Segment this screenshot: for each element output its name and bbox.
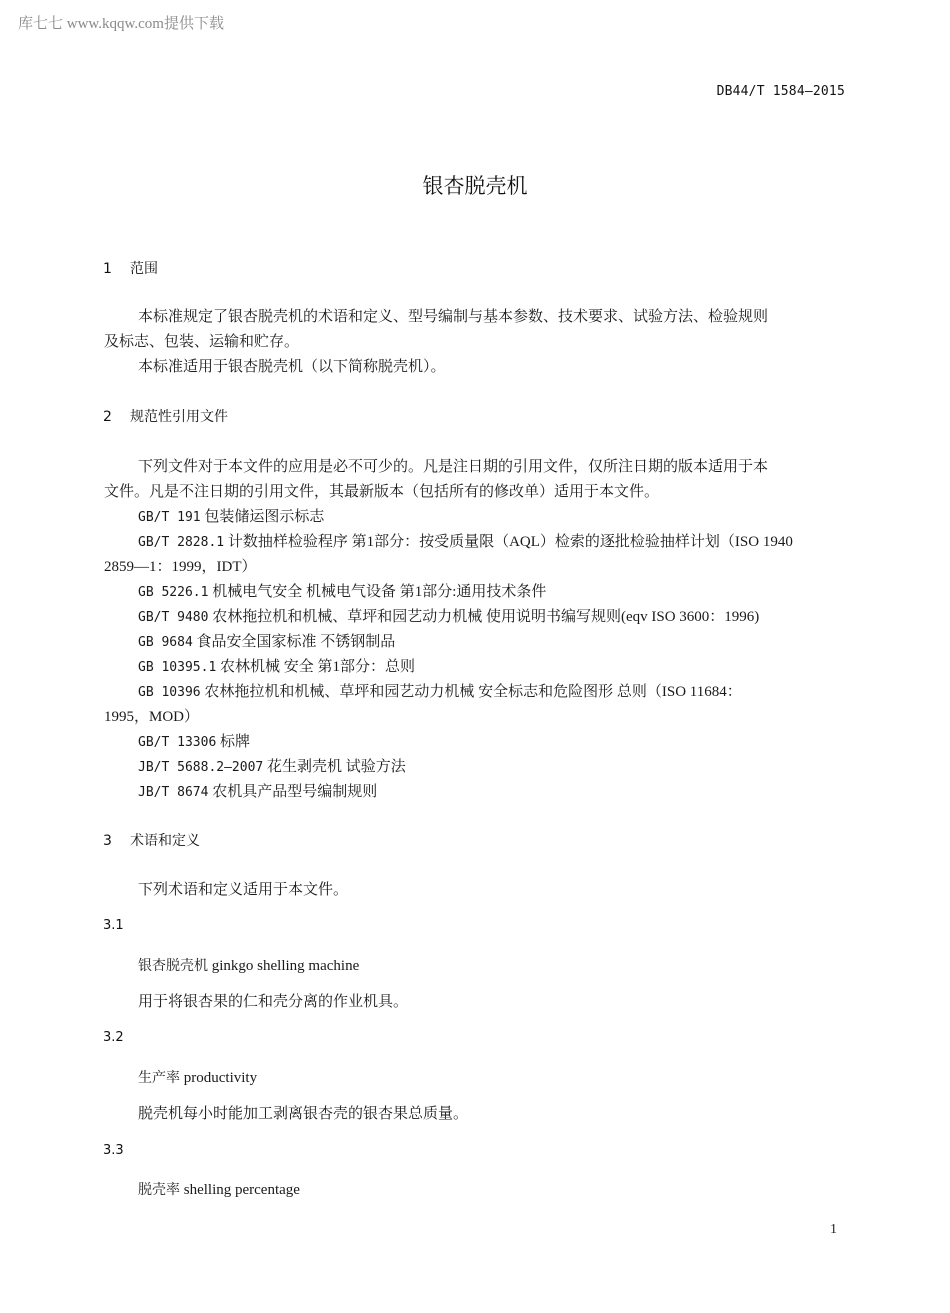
term-number: 3.1: [103, 918, 124, 933]
term-chinese: 脱壳率: [138, 1182, 180, 1198]
term-entry: 银杏脱壳机 ginkgo shelling machine: [138, 955, 359, 975]
reference-item: GB/T 9480 农林拖拉机和机械、草坪和园艺动力机械 使用说明书编写规则(e…: [138, 605, 759, 626]
paragraph: 下列术语和定义适用于本文件。: [138, 878, 348, 899]
document-title: 银杏脱壳机: [0, 170, 950, 200]
paragraph: 下列文件对于本文件的应用是必不可少的。凡是注日期的引用文件，仅所注日期的版本适用…: [138, 455, 768, 476]
reference-item: GB/T 2828.1 计数抽样检验程序 第1部分：按受质量限（AQL）检索的逐…: [138, 530, 793, 551]
page-number: 1: [830, 1222, 837, 1238]
term-number: 3.2: [103, 1030, 124, 1045]
reference-item: JB/T 5688.2—2007 花生剥壳机 试验方法: [138, 755, 406, 776]
term-number: 3.3: [103, 1143, 124, 1158]
section-title: 规范性引用文件: [130, 409, 228, 425]
term-english: ginkgo shelling machine: [208, 958, 359, 974]
reference-item: GB/T 13306 标牌: [138, 730, 250, 751]
standard-code: DB44/T 1584—2015: [717, 84, 845, 99]
reference-item: JB/T 8674 农机具产品型号编制规则: [138, 780, 377, 801]
term-english: productivity: [180, 1070, 257, 1086]
reference-item: GB 10395.1 农林机械 安全 第1部分：总则: [138, 655, 415, 676]
reference-item: GB 5226.1 机械电气安全 机械电气设备 第1部分:通用技术条件: [138, 580, 546, 601]
watermark: 库七七 www.kqqw.com提供下载: [18, 12, 224, 33]
section-title: 术语和定义: [130, 833, 200, 849]
section-number: 2: [103, 409, 130, 425]
section-2-heading: 2规范性引用文件: [103, 406, 228, 426]
term-definition: 脱壳机每小时能加工剥离银杏壳的银杏果总质量。: [138, 1102, 468, 1123]
section-3-heading: 3术语和定义: [103, 830, 200, 850]
section-1-heading: 1范围: [103, 258, 158, 278]
section-title: 范围: [130, 261, 158, 277]
paragraph: 本标准规定了银杏脱壳机的术语和定义、型号编制与基本参数、技术要求、试验方法、检验…: [138, 305, 768, 326]
reference-item-continued: 1995，MOD）: [104, 705, 199, 726]
reference-item: GB/T 191 包装储运图示标志: [138, 505, 324, 526]
term-entry: 生产率 productivity: [138, 1067, 257, 1087]
reference-item: GB 10396 农林拖拉机和机械、草坪和园艺动力机械 安全标志和危险图形 总则…: [138, 680, 742, 701]
term-entry: 脱壳率 shelling percentage: [138, 1179, 300, 1199]
paragraph: 文件。凡是不注日期的引用文件，其最新版本（包括所有的修改单）适用于本文件。: [104, 480, 659, 501]
paragraph: 本标准适用于银杏脱壳机（以下简称脱壳机）。: [138, 355, 446, 376]
section-number: 3: [103, 833, 130, 849]
reference-item: GB 9684 食品安全国家标准 不锈钢制品: [138, 630, 395, 651]
section-number: 1: [103, 261, 130, 277]
term-chinese: 银杏脱壳机: [138, 958, 208, 974]
term-definition: 用于将银杏果的仁和壳分离的作业机具。: [138, 990, 408, 1011]
paragraph: 及标志、包装、运输和贮存。: [104, 330, 299, 351]
term-chinese: 生产率: [138, 1070, 180, 1086]
reference-item-continued: 2859—1：1999，IDT）: [104, 555, 257, 576]
term-english: shelling percentage: [180, 1182, 300, 1198]
